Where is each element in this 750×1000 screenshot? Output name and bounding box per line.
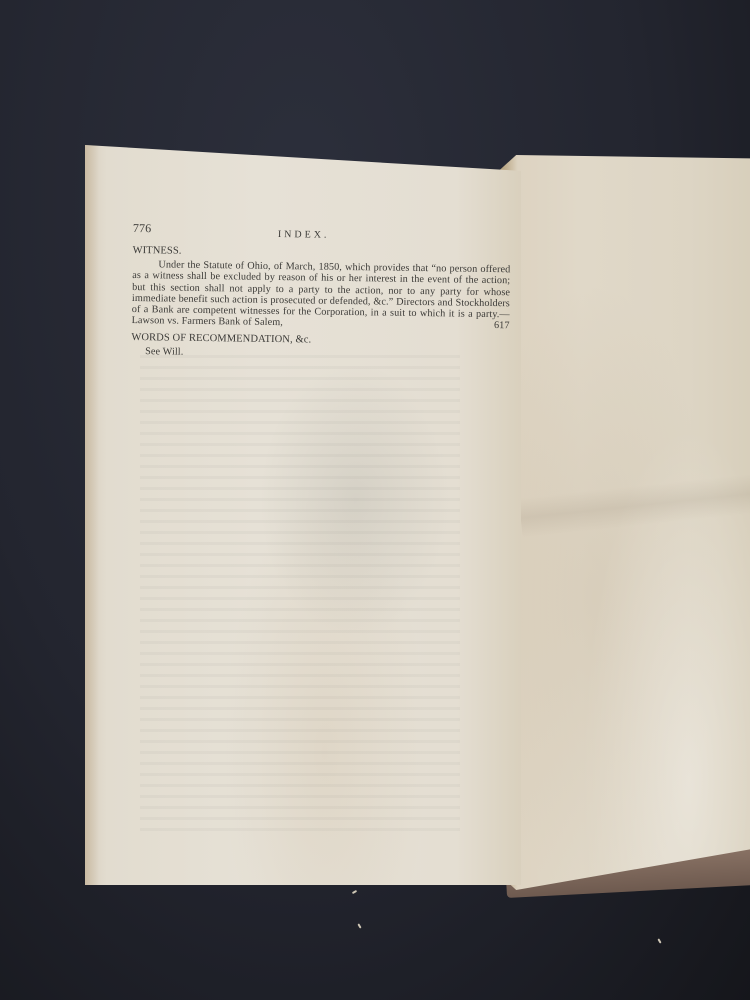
right-page-fold: [519, 472, 750, 538]
right-page: [500, 155, 750, 890]
printed-text-block: 776 INDEX. WITNESS. Under the Statute of…: [131, 223, 511, 362]
page-number: 776: [133, 223, 151, 234]
left-page: 776 INDEX. WITNESS. Under the Statute of…: [85, 145, 521, 885]
left-page-edge-tone: [85, 145, 99, 885]
entry-body-witness: Under the Statute of Ohio, of March, 185…: [132, 259, 511, 331]
entry-text: Under the Statute of Ohio, of March, 185…: [132, 260, 511, 329]
dust-speck: [352, 890, 357, 894]
running-head-title: INDEX.: [278, 229, 330, 241]
page-reference: 617: [494, 320, 510, 331]
photo-scene: 776 INDEX. WITNESS. Under the Statute of…: [0, 0, 750, 1000]
bleed-through-text: [140, 355, 460, 835]
dust-speck: [357, 923, 361, 928]
dust-speck: [657, 938, 661, 943]
running-head: 776 INDEX.: [133, 223, 511, 244]
